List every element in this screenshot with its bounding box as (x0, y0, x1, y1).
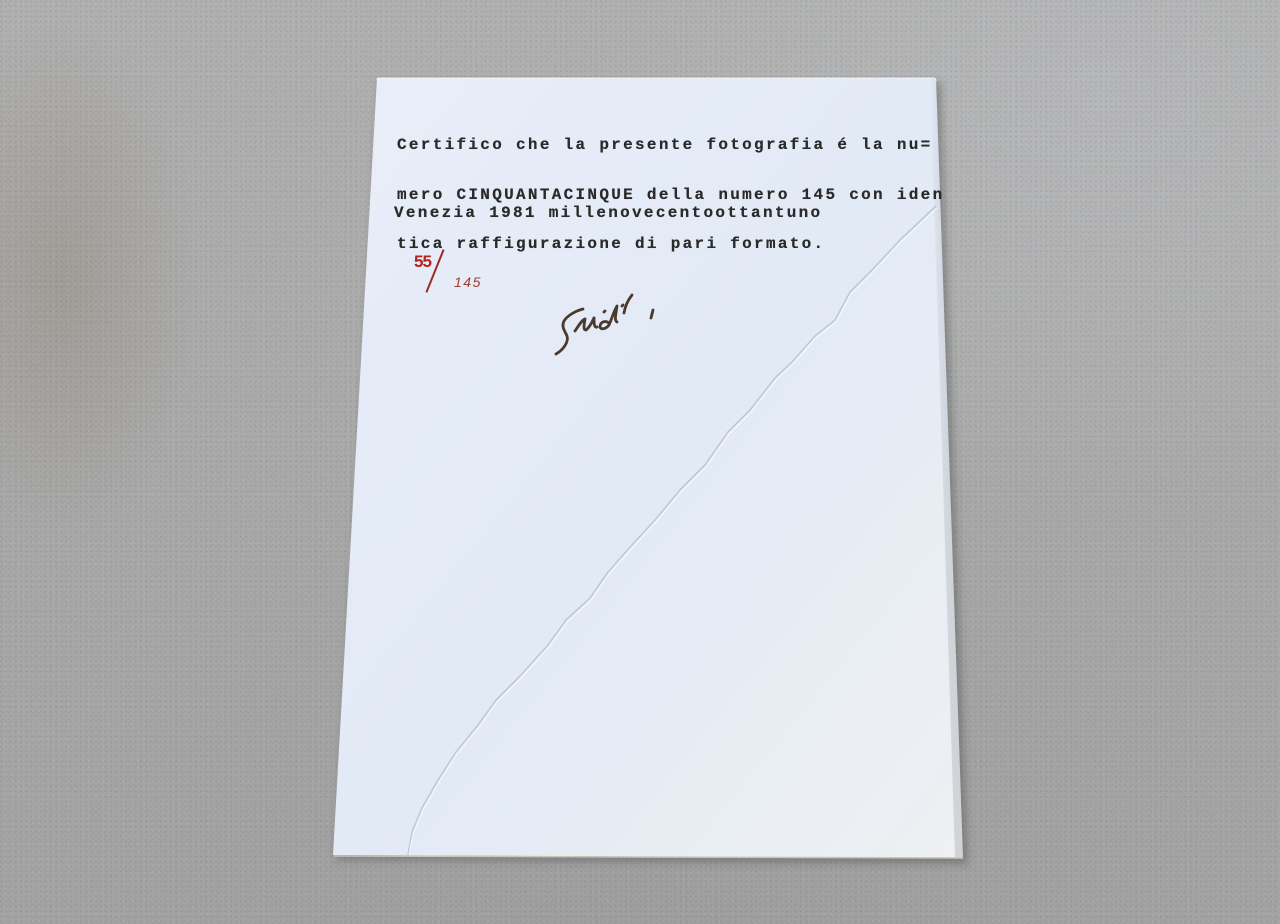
certification-line-3: tica raffigurazione di pari formato. (397, 236, 944, 253)
certification-line-2: mero CINQUANTACINQUE della numero 145 co… (397, 187, 944, 204)
edition-total: 145 (454, 274, 482, 290)
certification-line-1: Certifico che la presente fotografia é l… (397, 137, 944, 154)
edition-number: 55 (414, 252, 431, 272)
place-date-line: Venezia 1981 millenovecentoottantuno (394, 205, 822, 222)
certification-text: Certifico che la presente fotografia é l… (397, 104, 944, 269)
